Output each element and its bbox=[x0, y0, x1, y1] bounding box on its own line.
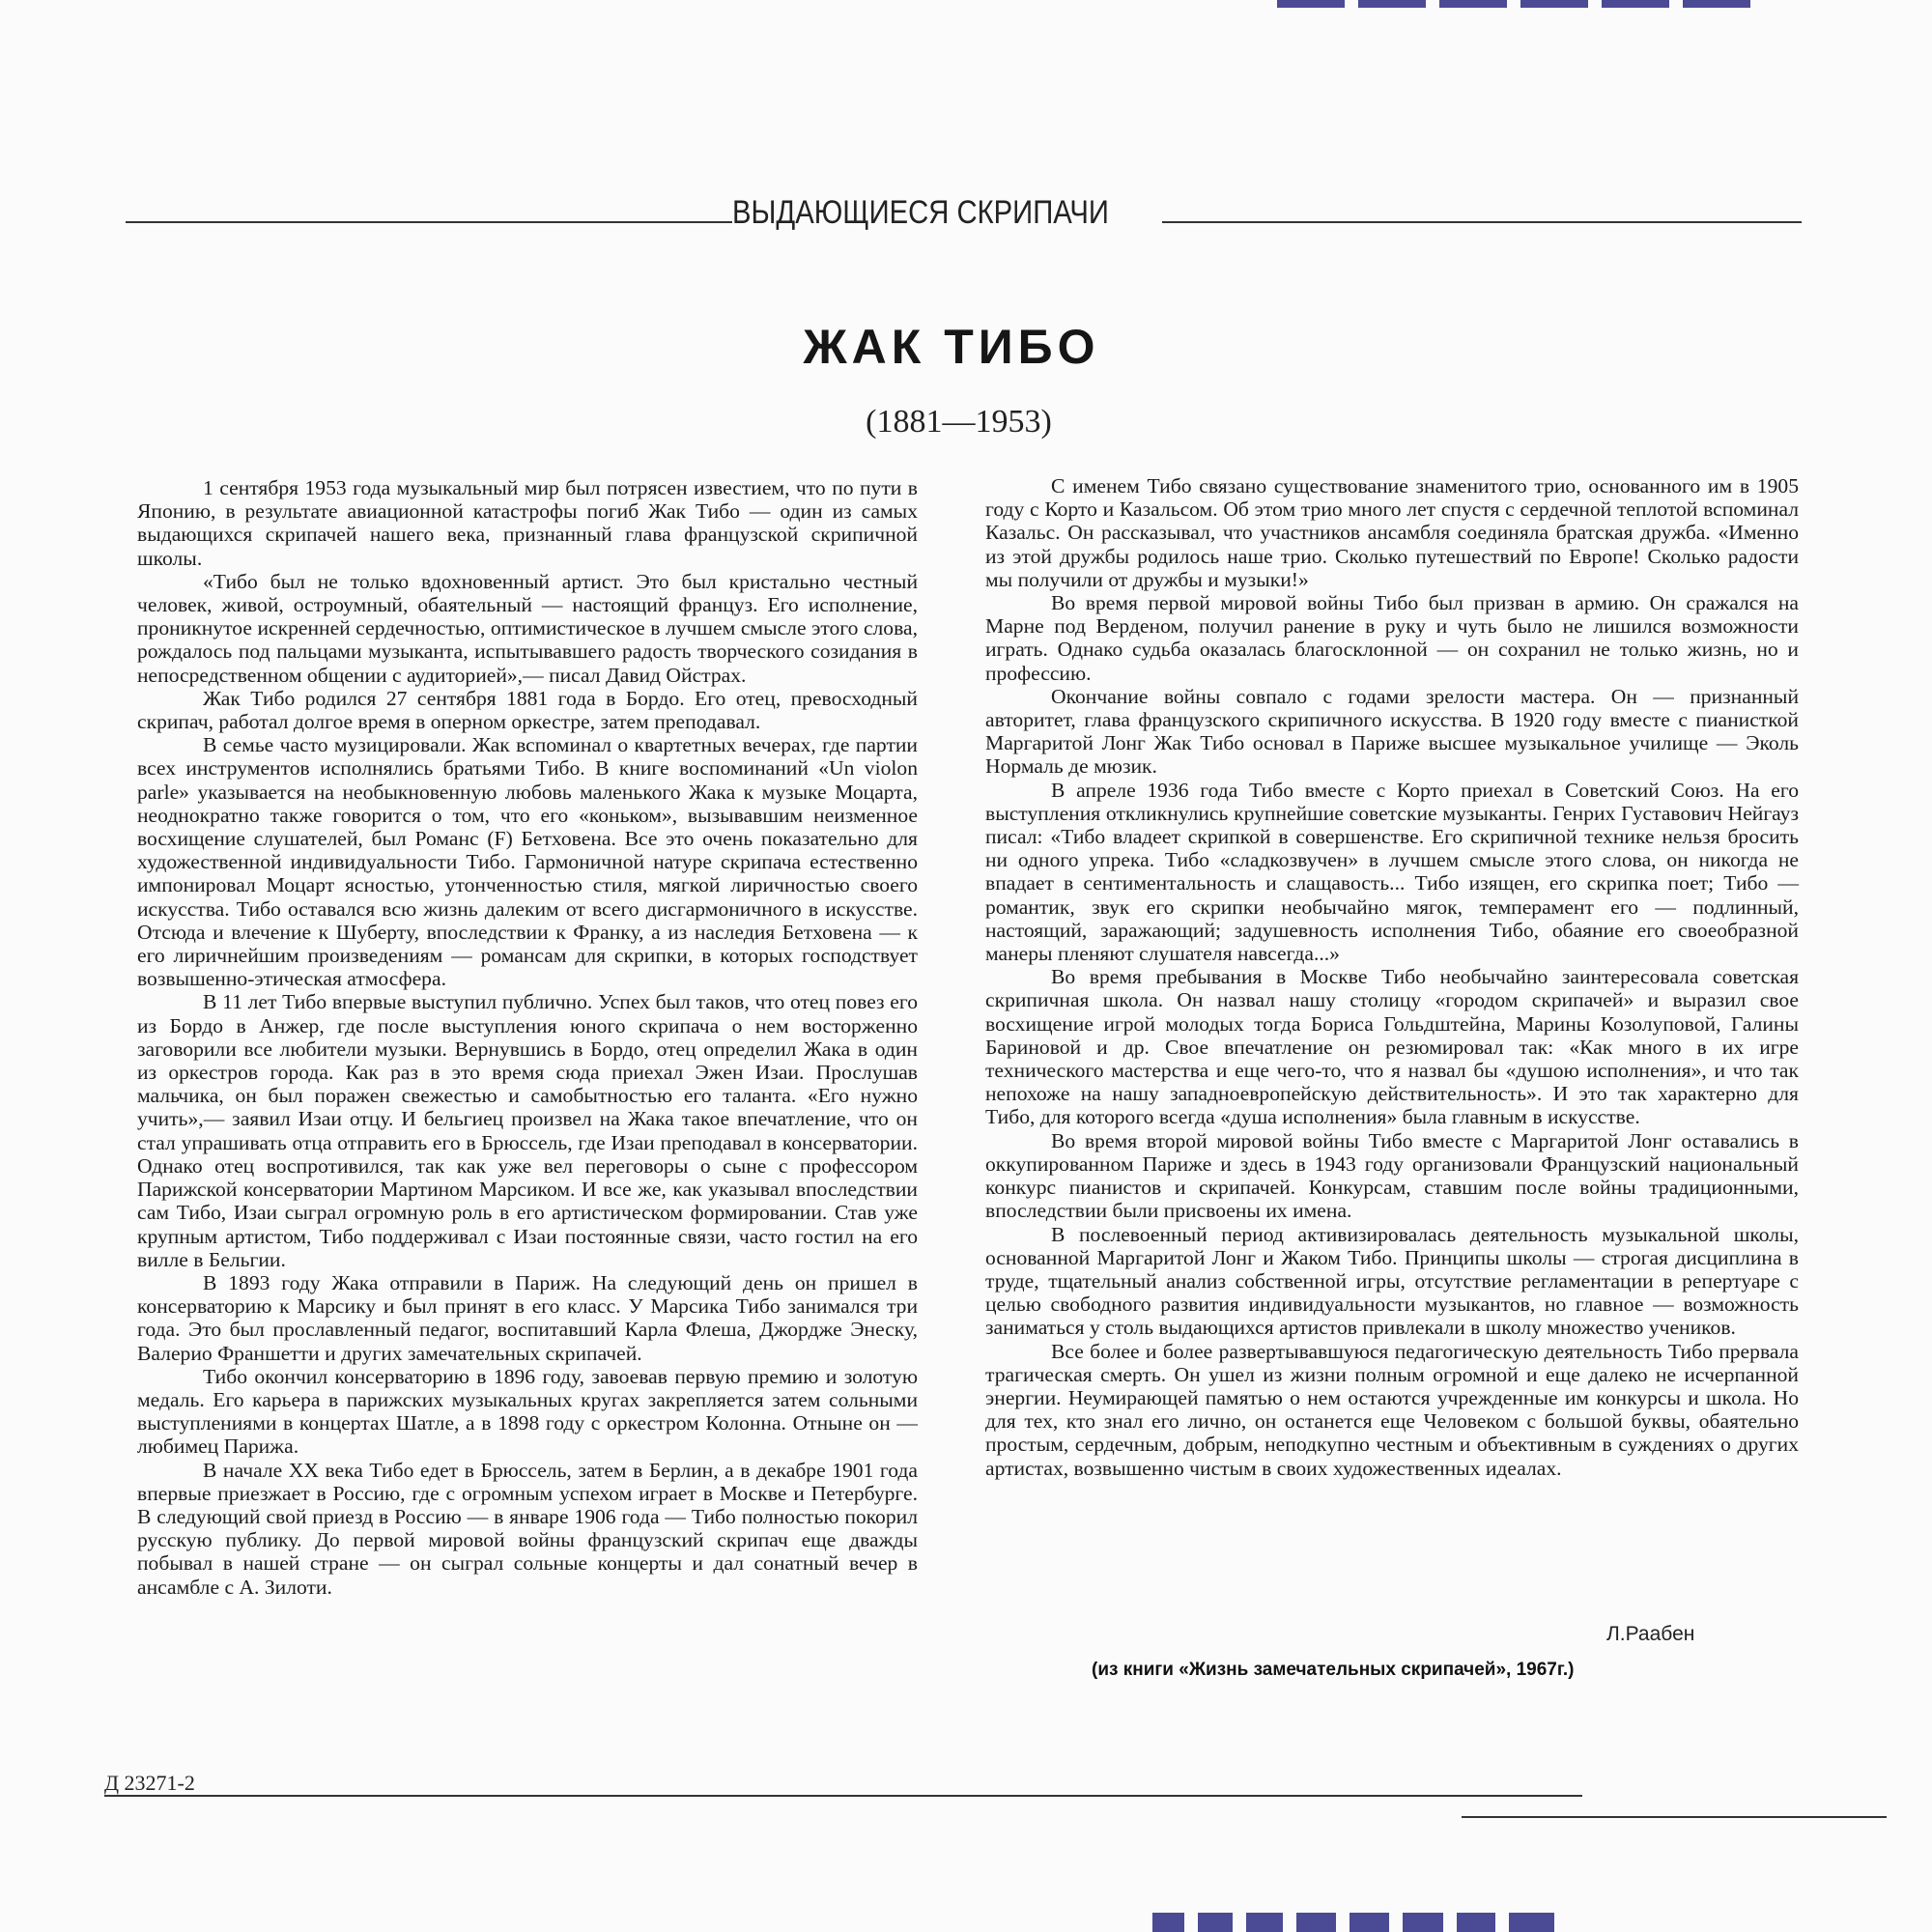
bottom-color-swatches bbox=[1152, 1913, 1554, 1932]
paragraph: В начале XX века Тибо едет в Брюссель, з… bbox=[137, 1459, 918, 1599]
source-citation: (из книги «Жизнь замечательных скрипачей… bbox=[1092, 1660, 1574, 1681]
color-swatch bbox=[1152, 1913, 1184, 1932]
top-color-swatches bbox=[1277, 0, 1750, 8]
header-rule-left bbox=[126, 221, 732, 223]
paragraph: В семье часто музицировали. Жак вспомина… bbox=[137, 733, 918, 990]
color-swatch bbox=[1439, 0, 1507, 8]
header-rule-right bbox=[1162, 221, 1802, 223]
color-swatch bbox=[1509, 1913, 1554, 1932]
life-years: (1881—1953) bbox=[0, 404, 1918, 440]
left-column: 1 сентября 1953 года музыкальный мир был… bbox=[137, 476, 918, 1599]
paragraph: В 1893 году Жака отправили в Париж. На с… bbox=[137, 1271, 918, 1365]
color-swatch bbox=[1520, 0, 1588, 8]
paragraph: В апреле 1936 года Тибо вместе с Корто п… bbox=[985, 779, 1799, 966]
color-swatch bbox=[1198, 1913, 1233, 1932]
bottom-rule bbox=[104, 1795, 1582, 1797]
paragraph: Во время второй мировой войны Тибо вмест… bbox=[985, 1129, 1799, 1223]
color-swatch bbox=[1350, 1913, 1389, 1932]
color-swatch bbox=[1296, 1913, 1336, 1932]
color-swatch bbox=[1683, 0, 1750, 8]
page-title: ЖАК ТИБО bbox=[0, 319, 1903, 375]
right-column: С именем Тибо связано существование знам… bbox=[985, 474, 1799, 1480]
paragraph: Жак Тибо родился 27 сентября 1881 года в… bbox=[137, 687, 918, 733]
paragraph: Во время первой мировой войны Тибо был п… bbox=[985, 591, 1799, 685]
paragraph: В 11 лет Тибо впервые выступил публично.… bbox=[137, 990, 918, 1270]
bottom-rule-right bbox=[1462, 1816, 1887, 1818]
catalog-number: Д 23271-2 bbox=[104, 1771, 195, 1796]
color-swatch bbox=[1277, 0, 1345, 8]
paragraph: С именем Тибо связано существование знам… bbox=[985, 474, 1799, 591]
series-title: ВЫДАЮЩИЕСЯ СКРИПАЧИ bbox=[732, 196, 1102, 229]
color-swatch bbox=[1457, 1913, 1495, 1932]
color-swatch bbox=[1246, 1913, 1283, 1932]
color-swatch bbox=[1358, 0, 1426, 8]
author-signature: Л.Раабен bbox=[1606, 1623, 1694, 1646]
color-swatch bbox=[1403, 1913, 1443, 1932]
paragraph: В послевоенный период активизировалась д… bbox=[985, 1223, 1799, 1340]
color-swatch bbox=[1602, 0, 1669, 8]
paragraph: Во время пребывания в Москве Тибо необыч… bbox=[985, 965, 1799, 1128]
paragraph: Тибо окончил консерваторию в 1896 году, … bbox=[137, 1365, 918, 1459]
series-header: ВЫДАЮЩИЕСЯ СКРИПАЧИ bbox=[126, 196, 1802, 229]
paragraph: «Тибо был не только вдохновенный артист.… bbox=[137, 570, 918, 687]
paragraph: Все более и более развертывавшуюся педаг… bbox=[985, 1340, 1799, 1480]
paragraph: 1 сентября 1953 года музыкальный мир был… bbox=[137, 476, 918, 570]
paragraph: Окончание войны совпало с годами зрелост… bbox=[985, 685, 1799, 779]
